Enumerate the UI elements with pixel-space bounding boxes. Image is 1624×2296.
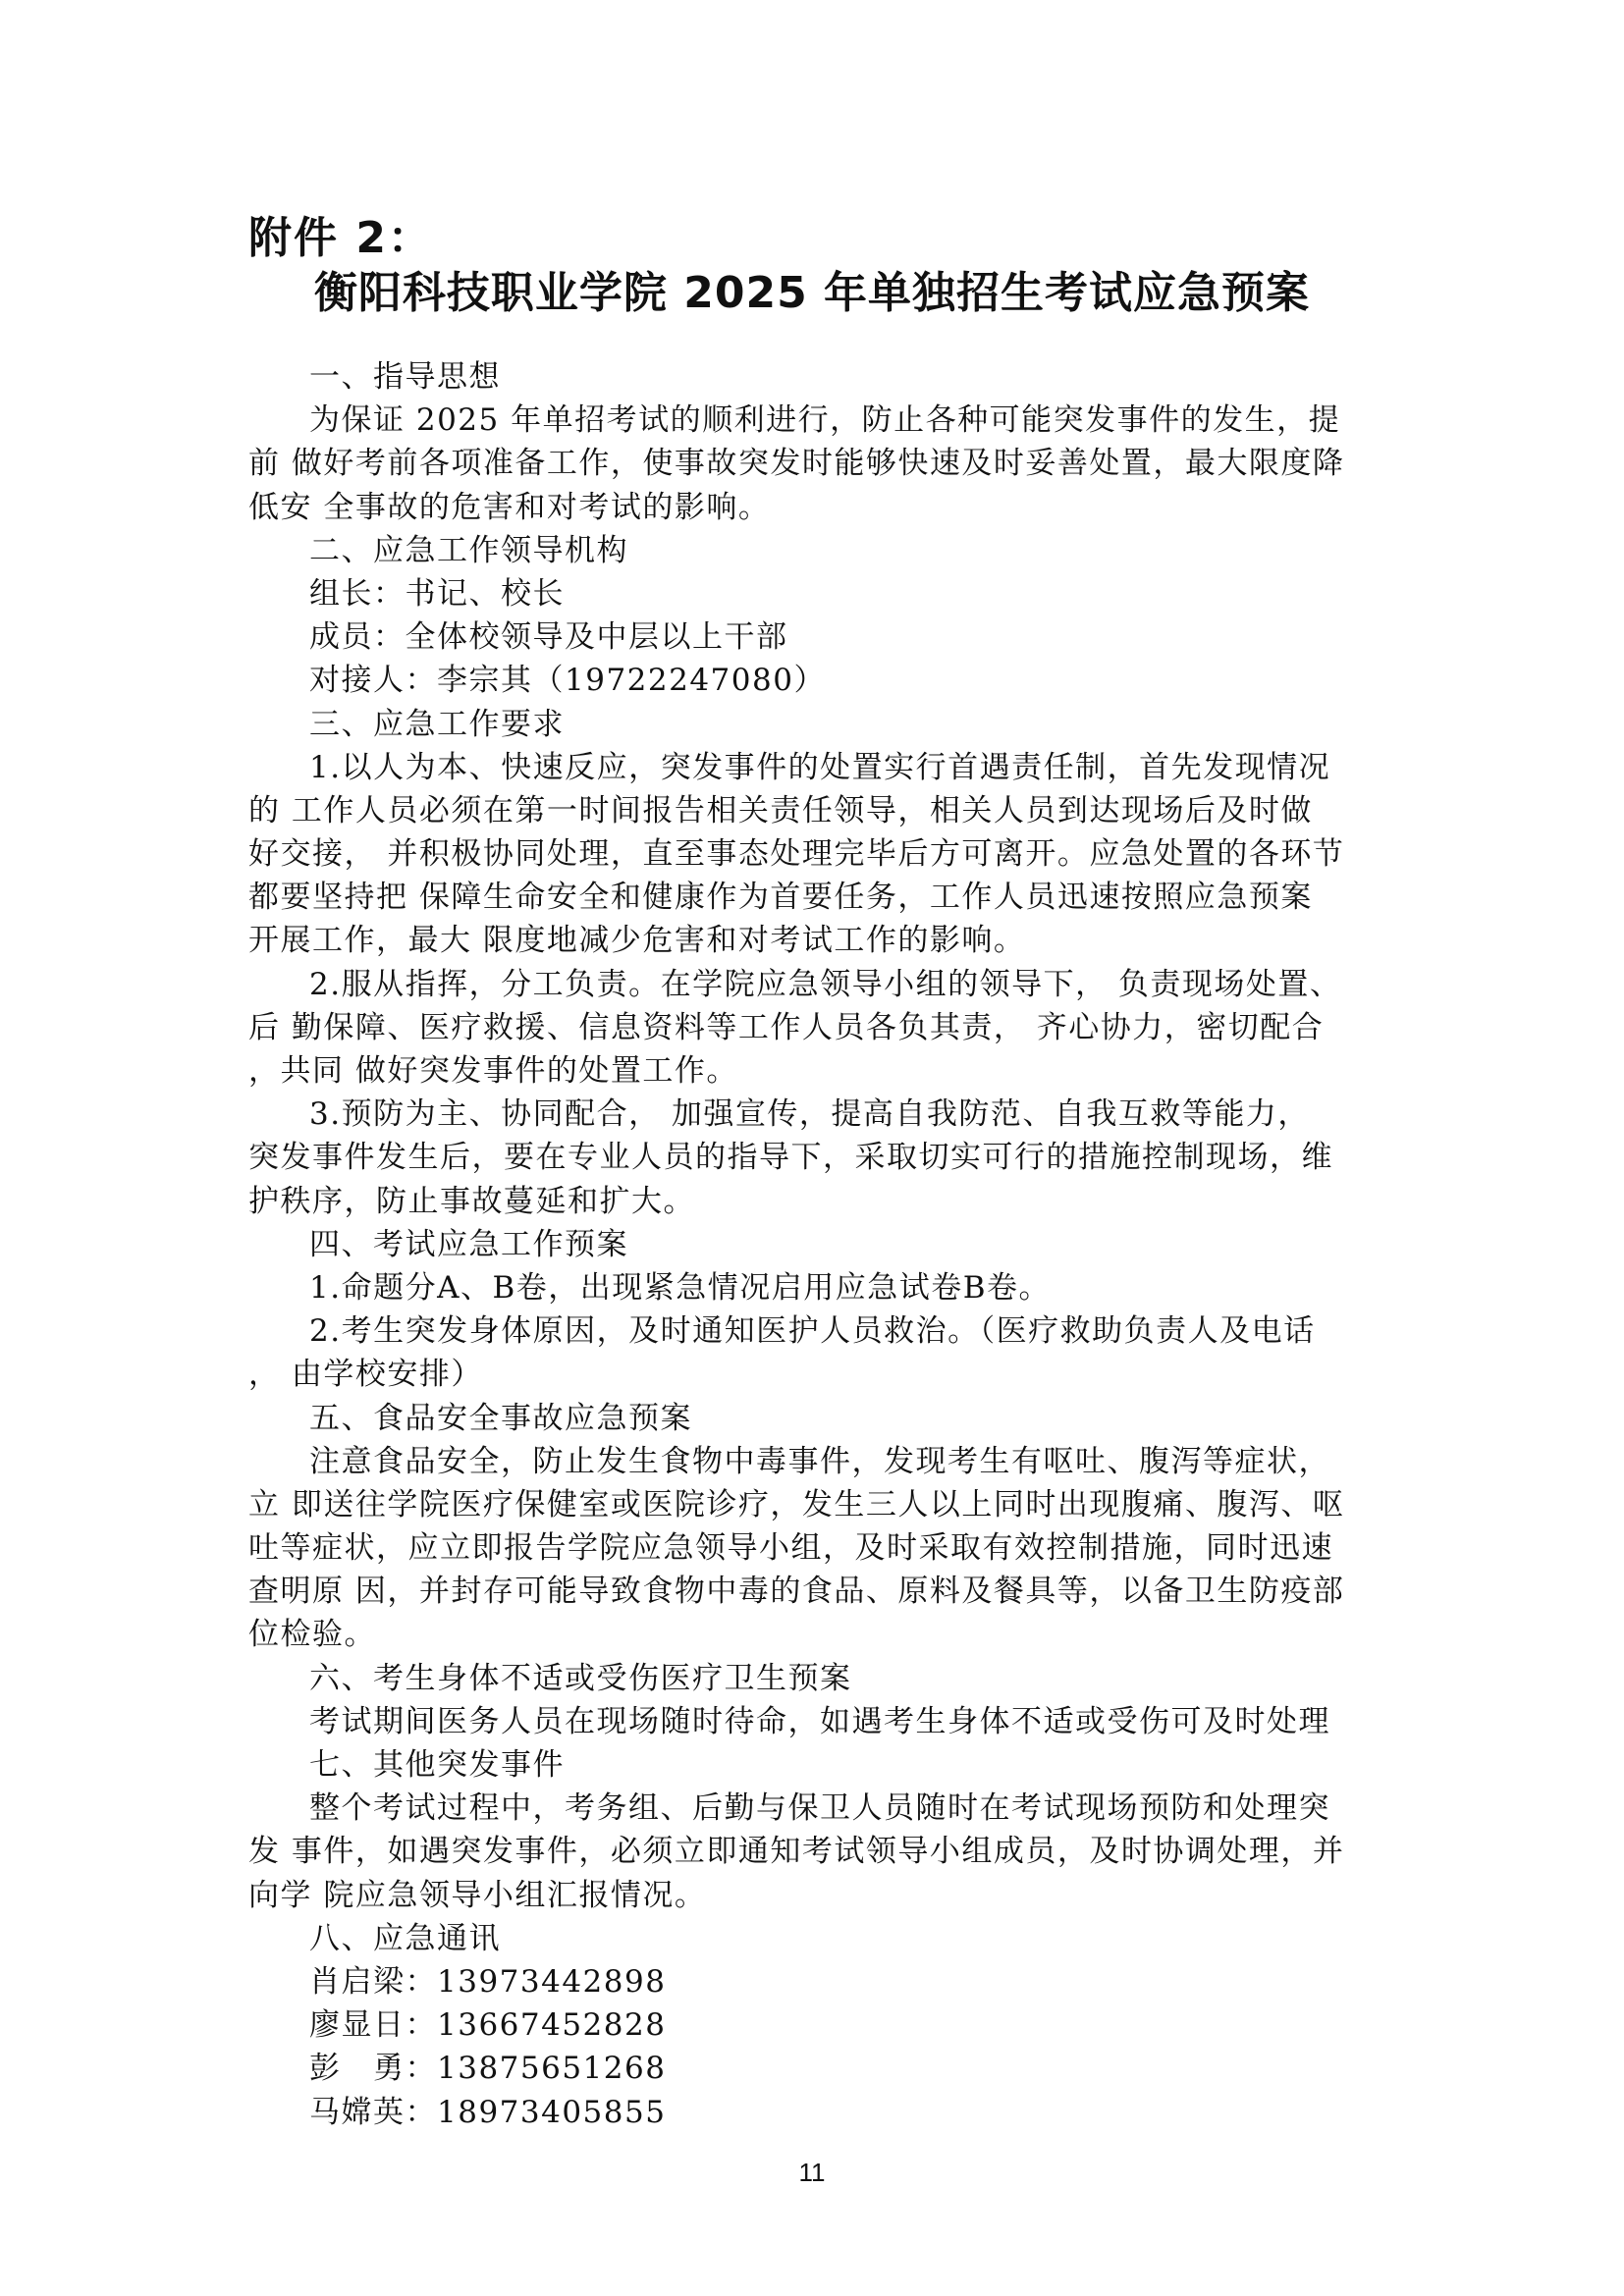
attachment-label: 附件 2：: [248, 202, 433, 265]
text-line: 3.预防为主、协同配合， 加强宣传，提高自我防范、自我互救等能力，: [248, 1093, 1387, 1136]
document-body: 一、指导思想为保证 2025 年单招考试的顺利进行，防止各种可能突发事件的发生，…: [248, 355, 1387, 2134]
text-line: 组长：书记、校长: [248, 572, 1387, 615]
text-line: 一、指导思想: [248, 355, 1387, 399]
text-line: 发 事件，如遇突发事件，必须立即通知考试领导小组成员，及时协调处理，并: [248, 1830, 1387, 1873]
text-line: 七、其他突发事件: [248, 1743, 1387, 1787]
text-line: 低安 全事故的危害和对考试的影响。: [248, 486, 1387, 529]
text-line: 注意食品安全，防止发生食物中毒事件，发现考生有呕吐、腹泻等症状，: [248, 1440, 1387, 1483]
text-line: 向学 院应急领导小组汇报情况。: [248, 1874, 1387, 1917]
text-line: 开展工作，最大 限度地减少危害和对考试工作的影响。: [248, 919, 1387, 962]
text-line: ，共同 做好突发事件的处置工作。: [248, 1049, 1387, 1093]
text-line: 2.考生突发身体原因，及时通知医护人员救治。（医疗救助负责人及电话: [248, 1309, 1387, 1353]
text-line: 2.服从指挥，分工负责。在学院应急领导小组的领导下， 负责现场处置、: [248, 963, 1387, 1006]
text-line: 彭 勇：13875651268: [248, 2047, 1387, 2090]
text-line: 廖显日：13667452828: [248, 2003, 1387, 2047]
text-line: 马嫦英：18973405855: [248, 2091, 1387, 2134]
text-line: 三、应急工作要求: [248, 703, 1387, 746]
text-line: 二、应急工作领导机构: [248, 529, 1387, 572]
text-line: 突发事件发生后，要在专业人员的指导下，采取切实可行的措施控制现场，维: [248, 1136, 1387, 1179]
text-line: 对接人：李宗其（19722247080）: [248, 659, 1387, 702]
text-line: 五、食品安全事故应急预案: [248, 1397, 1387, 1440]
text-line: 都要坚持把 保障生命安全和健康作为首要任务，工作人员迅速按照应急预案: [248, 876, 1387, 919]
text-line: 为保证 2025 年单招考试的顺利进行，防止各种可能突发事件的发生，提: [248, 399, 1387, 442]
text-line: 1.命题分A、B卷，出现紧急情况启用应急试卷B卷。: [248, 1266, 1387, 1309]
text-line: 护秩序，防止事故蔓延和扩大。: [248, 1180, 1387, 1223]
text-line: 1.以人为本、快速反应，突发事件的处置实行首遇责任制，首先发现情况: [248, 746, 1387, 789]
text-line: 六、考生身体不适或受伤医疗卫生预案: [248, 1657, 1387, 1700]
text-line: 成员：全体校领导及中层以上干部: [248, 615, 1387, 659]
text-line: 八、应急通讯: [248, 1917, 1387, 1960]
text-line: 四、考试应急工作预案: [248, 1223, 1387, 1266]
document-title: 衡阳科技职业学院 2025 年单独招生考试应急预案: [0, 257, 1624, 320]
text-line: 吐等症状，应立即报告学院应急领导小组，及时采取有效控制措施，同时迅速: [248, 1526, 1387, 1570]
text-line: 立 即送往学院医疗保健室或医院诊疗，发生三人以上同时出现腹痛、腹泻、呕: [248, 1483, 1387, 1526]
page-number: 11: [0, 2158, 1624, 2188]
text-line: 前 做好考前各项准备工作，使事故突发时能够快速及时妥善处置，最大限度降: [248, 442, 1387, 485]
document-page: 附件 2： 衡阳科技职业学院 2025 年单独招生考试应急预案 一、指导思想为保…: [0, 0, 1624, 2296]
text-line: 后 勤保障、医疗救援、信息资料等工作人员各负其责， 齐心协力，密切配合: [248, 1006, 1387, 1049]
text-line: 好交接， 并积极协同处理，直至事态处理完毕后方可离开。应急处置的各环节: [248, 832, 1387, 876]
text-line: 查明原 因，并封存可能导致食物中毒的食品、原料及餐具等，以备卫生防疫部: [248, 1570, 1387, 1613]
text-line: ， 由学校安排）: [248, 1353, 1387, 1396]
text-line: 位检验。: [248, 1613, 1387, 1656]
text-line: 的 工作人员必须在第一时间报告相关责任领导，相关人员到达现场后及时做: [248, 789, 1387, 832]
text-line: 整个考试过程中，考务组、后勤与保卫人员随时在考试现场预防和处理突: [248, 1787, 1387, 1830]
text-line: 考试期间医务人员在现场随时待命，如遇考生身体不适或受伤可及时处理: [248, 1700, 1387, 1743]
text-line: 肖启梁：13973442898: [248, 1960, 1387, 2003]
